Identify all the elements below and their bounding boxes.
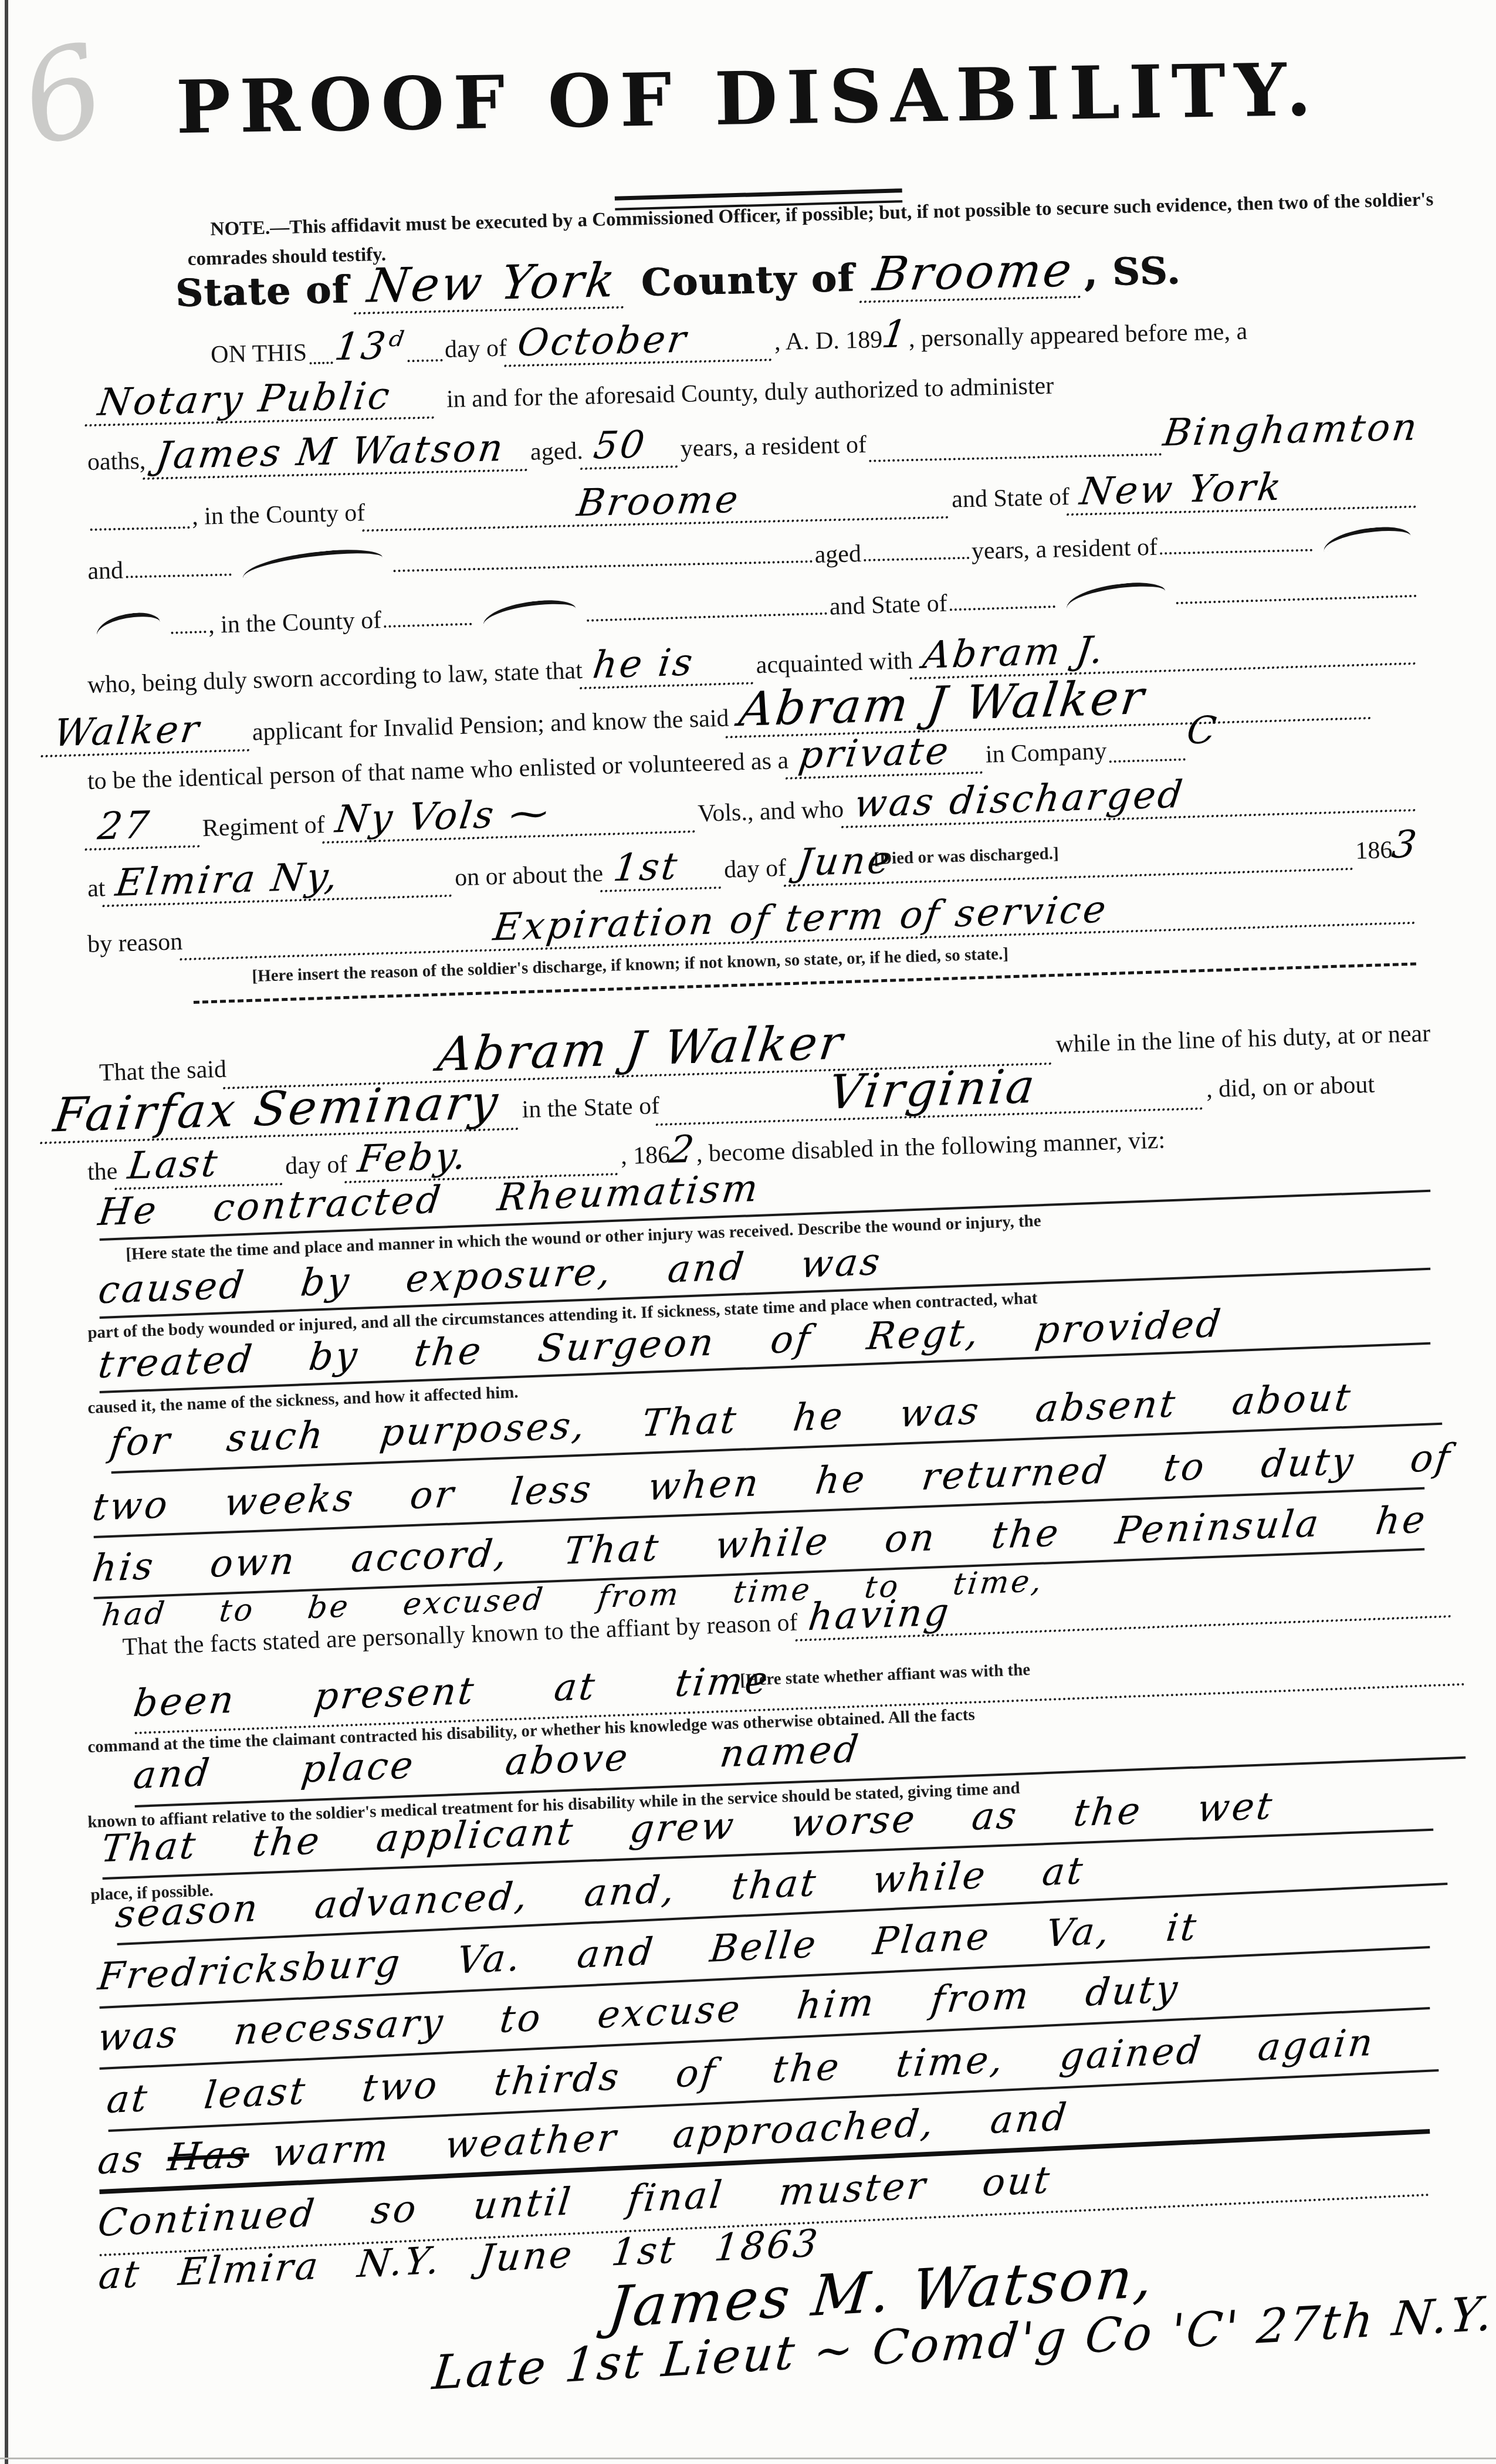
in-and-for-label: in and for the aforesaid County, duly au… — [446, 372, 1054, 414]
document-title: PROOF OF DISABILITY. — [0, 45, 1496, 153]
and-label: and — [87, 557, 124, 585]
vols-label: Vols., and who — [698, 796, 844, 828]
ss-label: , SS. — [1083, 249, 1181, 295]
company-handwriting: C — [1184, 712, 1220, 750]
discharge-month-handwriting: June — [783, 828, 1358, 887]
second-affiant-line: and aged years, a resident of — [87, 527, 1420, 586]
disabled-day-of-label: day of — [285, 1150, 348, 1180]
dotted-fill — [393, 559, 813, 572]
oaths-label: oaths, — [87, 447, 146, 476]
by-reason-label: by reason — [87, 928, 182, 959]
rank-handwriting: private — [786, 731, 988, 779]
discharged-handwriting: was discharged — [841, 769, 1421, 828]
regiment-of-label: Regiment of — [202, 811, 325, 842]
dotted-fill — [1176, 594, 1417, 604]
county-prefix-blank-label: , in the County of — [208, 606, 381, 639]
state-handwriting: New York — [1067, 465, 1422, 516]
ink-flourish — [95, 611, 161, 637]
did-about-label: , did, on or about — [1206, 1071, 1375, 1104]
discharge-year-handwriting: 3 — [1390, 826, 1421, 865]
day-of-label: day of — [444, 334, 507, 364]
residence-handwriting: Binghamton — [1161, 408, 1421, 452]
county-handwriting: Broome — [362, 476, 955, 532]
dotted-fill — [309, 360, 333, 364]
that-said-label: That the said — [99, 1055, 226, 1087]
state-prefix-label: and State of — [952, 483, 1070, 514]
claimant-last-handwriting: Walker — [40, 709, 255, 757]
ink-flourish — [241, 546, 383, 578]
scan-edge-left — [5, 0, 8, 2464]
affiant-name-handwriting: James M Watson — [143, 429, 533, 480]
years-resident-label: years, a resident of — [680, 431, 867, 463]
disabled-year-printed: , 186 — [620, 1141, 670, 1170]
discharge-place-handwriting: Elmira Ny, — [103, 854, 458, 907]
age-handwriting: 50 — [580, 425, 683, 470]
dotted-fill — [171, 629, 206, 634]
he-is-handwriting: he is — [580, 642, 759, 689]
location-handwriting: Fairfax Seminary — [40, 1078, 525, 1145]
regiment-number-handwriting: 27 — [84, 805, 205, 851]
appeared-label: , personally appeared before me, a — [908, 317, 1247, 353]
disabled-year-handwriting: 2 — [668, 1131, 699, 1169]
state-of-label2: in the State of — [522, 1092, 660, 1124]
company-label: in Company — [985, 737, 1107, 769]
dotted-fill — [869, 452, 1162, 462]
state-value-handwriting: New York — [354, 256, 631, 314]
ad-label: , A. D. 189 — [774, 326, 882, 356]
ink-flourish — [482, 597, 577, 626]
disabled-day-handwriting: Last — [115, 1143, 288, 1190]
year-digit-handwriting: 1 — [880, 316, 911, 354]
aged-blank-label: aged — [814, 540, 861, 569]
on-this-label: ON THIS — [211, 339, 307, 369]
aged-label: aged. — [530, 437, 583, 466]
document-page: 6 PROOF OF DISABILITY. NOTE.—This affida… — [0, 0, 1496, 2464]
state-prefix-blank-label: and State of — [829, 590, 947, 621]
years-blank-label: years, a resident of — [971, 533, 1157, 566]
facts-handwriting-2: been present at time — [131, 1661, 772, 1722]
scan-edge-bottom — [0, 2458, 1496, 2459]
day-handwriting: 13ᵈ — [332, 327, 407, 366]
month-handwriting: October — [504, 319, 777, 367]
discharge-day-handwriting: 1st — [600, 847, 726, 892]
applicant-label: applicant for Invalid Pension; and know … — [252, 704, 729, 746]
county-value-handwriting: Broome — [859, 246, 1087, 303]
the-label: the — [87, 1157, 118, 1187]
acquainted-label: acquainted with — [756, 647, 913, 679]
county-prefix-label: , in the County of — [192, 499, 365, 531]
ink-flourish — [1322, 524, 1411, 552]
ink-flourish — [1065, 580, 1166, 609]
dotted-fill — [384, 622, 472, 628]
line-of-duty-label: while in the line of his duty, at or nea… — [1055, 1020, 1431, 1059]
dotted-fill — [90, 525, 190, 531]
dotted-fill — [950, 604, 1055, 611]
state-of-label: State of — [175, 268, 350, 316]
dotted-fill — [1160, 548, 1312, 555]
dotted-fill — [1109, 757, 1186, 763]
regiment-handwriting: Ny Vols ⁓ — [322, 790, 700, 844]
officer-title-handwriting: Notary Public — [84, 376, 440, 427]
facts-handwriting-9-struck: Has — [165, 2135, 251, 2177]
county-of-label: County of — [641, 256, 855, 305]
discharge-day-of-label: day of — [723, 854, 787, 884]
dotted-fill — [587, 611, 827, 622]
facts-handwriting-9a: as — [96, 2140, 147, 2180]
dotted-fill — [864, 556, 969, 561]
dotted-fill — [126, 572, 231, 578]
dotted-fill — [407, 358, 442, 362]
on-or-about-label: on or about the — [454, 859, 603, 892]
discharge-year-printed: 186 — [1355, 836, 1393, 865]
